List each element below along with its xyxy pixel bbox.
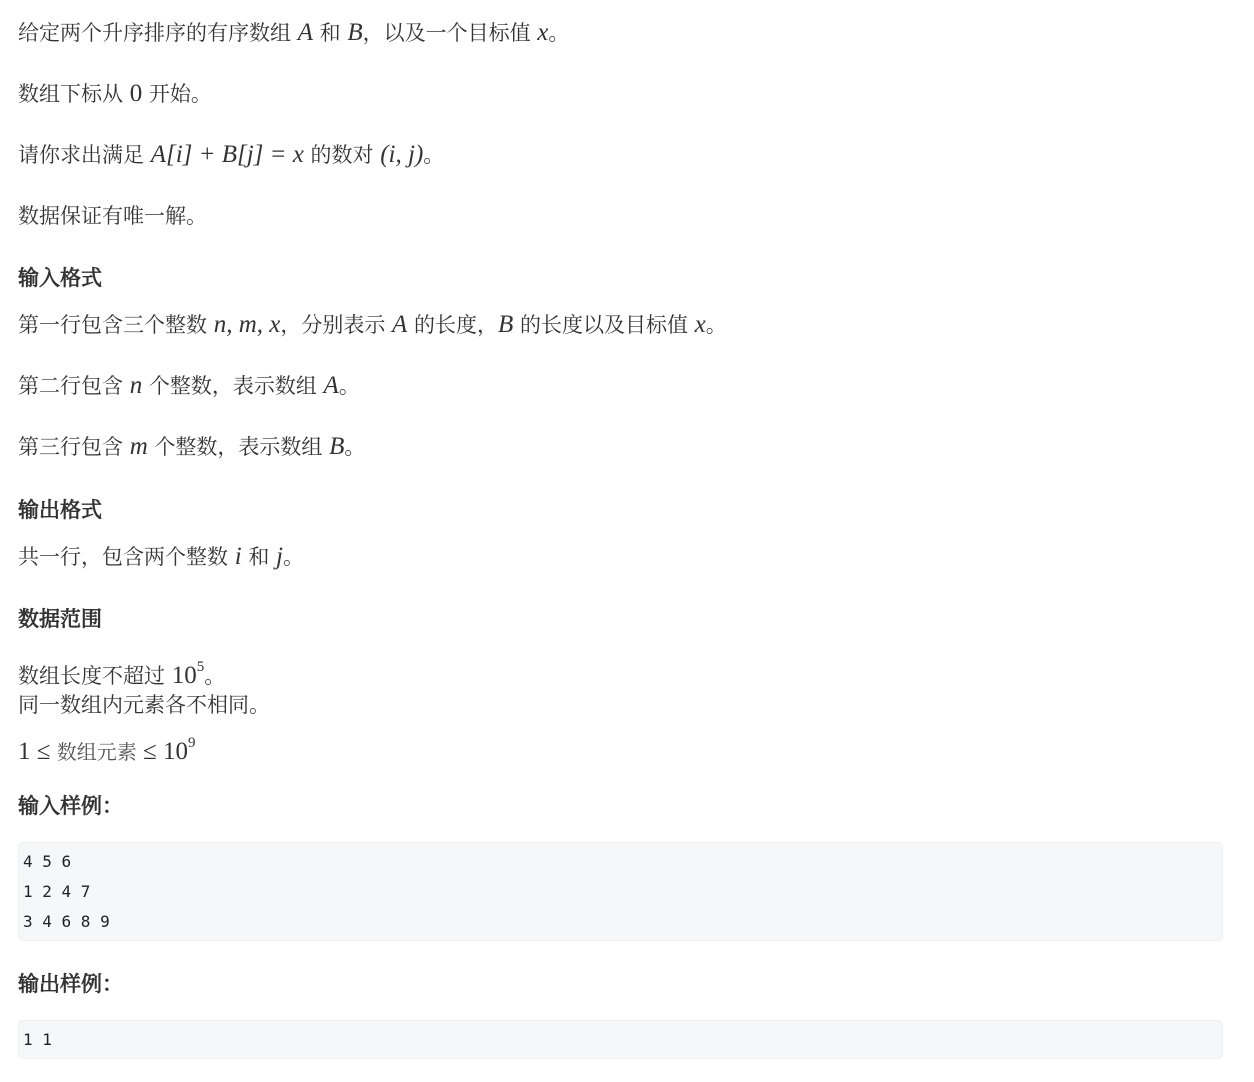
description-paragraph-2: 数组下标从 0 开始。 <box>18 80 212 108</box>
text: 第二行包含 <box>18 374 130 398</box>
input-format-line-1: 第一行包含三个整数 n, m, x，分别表示 A 的长度，B 的长度以及目标值 … <box>18 311 727 339</box>
text: 和 <box>242 545 276 569</box>
text: 请你求出满足 <box>18 143 151 167</box>
text: 第三行包含 <box>18 435 130 459</box>
math-text: 数组元素 <box>57 740 137 764</box>
code-line: 1 2 4 7 <box>23 877 1218 907</box>
code-line: 1 1 <box>23 1025 1218 1055</box>
math-var: A <box>324 372 339 399</box>
data-range-heading: 数据范围 <box>18 605 102 633</box>
text: 的长度， <box>407 313 498 337</box>
math-operator: ≤ <box>31 738 57 765</box>
text: 。 <box>204 664 225 688</box>
text: 个整数，表示数组 <box>148 435 329 459</box>
input-format-heading: 输入格式 <box>18 264 102 292</box>
data-range-line-1: 数组长度不超过 105。 <box>18 653 225 690</box>
output-format-line-1: 共一行，包含两个整数 i 和 j。 <box>18 543 304 571</box>
text: 开始。 <box>142 82 212 106</box>
math-number: 10 <box>172 662 197 689</box>
problem-statement: 给定两个升序排序的有序数组 A 和 B，以及一个目标值 x。 数组下标从 0 开… <box>0 0 1254 1082</box>
math-var: j <box>276 543 283 570</box>
data-range-line-2: 同一数组内元素各不相同。 <box>18 691 270 719</box>
input-format-line-2: 第二行包含 n 个整数，表示数组 A。 <box>18 372 360 400</box>
text: 共一行，包含两个整数 <box>18 545 235 569</box>
math-var: B <box>498 311 513 338</box>
code-line: 4 5 6 <box>23 847 1218 877</box>
text: 给定两个升序排序的有序数组 <box>18 21 298 45</box>
math-var: x <box>537 19 548 46</box>
text: 。 <box>548 21 569 45</box>
math-number: 1 <box>18 738 31 765</box>
description-paragraph-1: 给定两个升序排序的有序数组 A 和 B，以及一个目标值 x。 <box>18 19 569 47</box>
math-var: A <box>298 19 313 46</box>
output-format-heading: 输出格式 <box>18 496 102 524</box>
math-var: A <box>392 311 407 338</box>
text: 数组长度不超过 <box>18 664 172 688</box>
code-line: 3 4 6 8 9 <box>23 907 1218 937</box>
sample-input-code-block[interactable]: 4 5 6 1 2 4 7 3 4 6 8 9 <box>18 842 1223 941</box>
math-var: i <box>235 543 242 570</box>
math-expression: A[i] + B[j] = x <box>151 141 304 168</box>
math-var: x <box>695 311 706 338</box>
text: 第一行包含三个整数 <box>18 313 214 337</box>
text: 。 <box>283 545 304 569</box>
text: 。 <box>706 313 727 337</box>
math-var: B <box>329 433 344 460</box>
math-number: 10 <box>163 738 188 765</box>
math-exponent: 9 <box>188 735 196 751</box>
math-expression: n, m, x <box>214 311 281 338</box>
sample-output-code-block[interactable]: 1 1 <box>18 1020 1223 1059</box>
text: 和 <box>313 21 347 45</box>
math-expression: (i, j) <box>380 141 423 168</box>
text: 数组下标从 <box>18 82 130 106</box>
math-var: m <box>130 433 148 460</box>
math-var: B <box>347 19 362 46</box>
text: 。 <box>344 435 365 459</box>
data-range-line-3: 1 ≤ 数组元素 ≤ 109 <box>18 729 195 766</box>
text: 。 <box>423 143 444 167</box>
input-format-line-3: 第三行包含 m 个整数，表示数组 B。 <box>18 433 365 461</box>
text: 个整数，表示数组 <box>142 374 323 398</box>
math-number: 0 <box>130 80 143 107</box>
math-operator: ≤ <box>137 738 163 765</box>
math-var: n <box>130 372 143 399</box>
text: 的长度以及目标值 <box>513 313 694 337</box>
description-paragraph-3: 请你求出满足 A[i] + B[j] = x 的数对 (i, j)。 <box>18 141 444 169</box>
description-paragraph-4: 数据保证有唯一解。 <box>18 202 207 230</box>
sample-output-heading: 输出样例： <box>18 970 123 998</box>
text: 的数对 <box>304 143 380 167</box>
text: ，以及一个目标值 <box>363 21 538 45</box>
text: ，分别表示 <box>280 313 392 337</box>
sample-input-heading: 输入样例： <box>18 792 123 820</box>
text: 。 <box>339 374 360 398</box>
